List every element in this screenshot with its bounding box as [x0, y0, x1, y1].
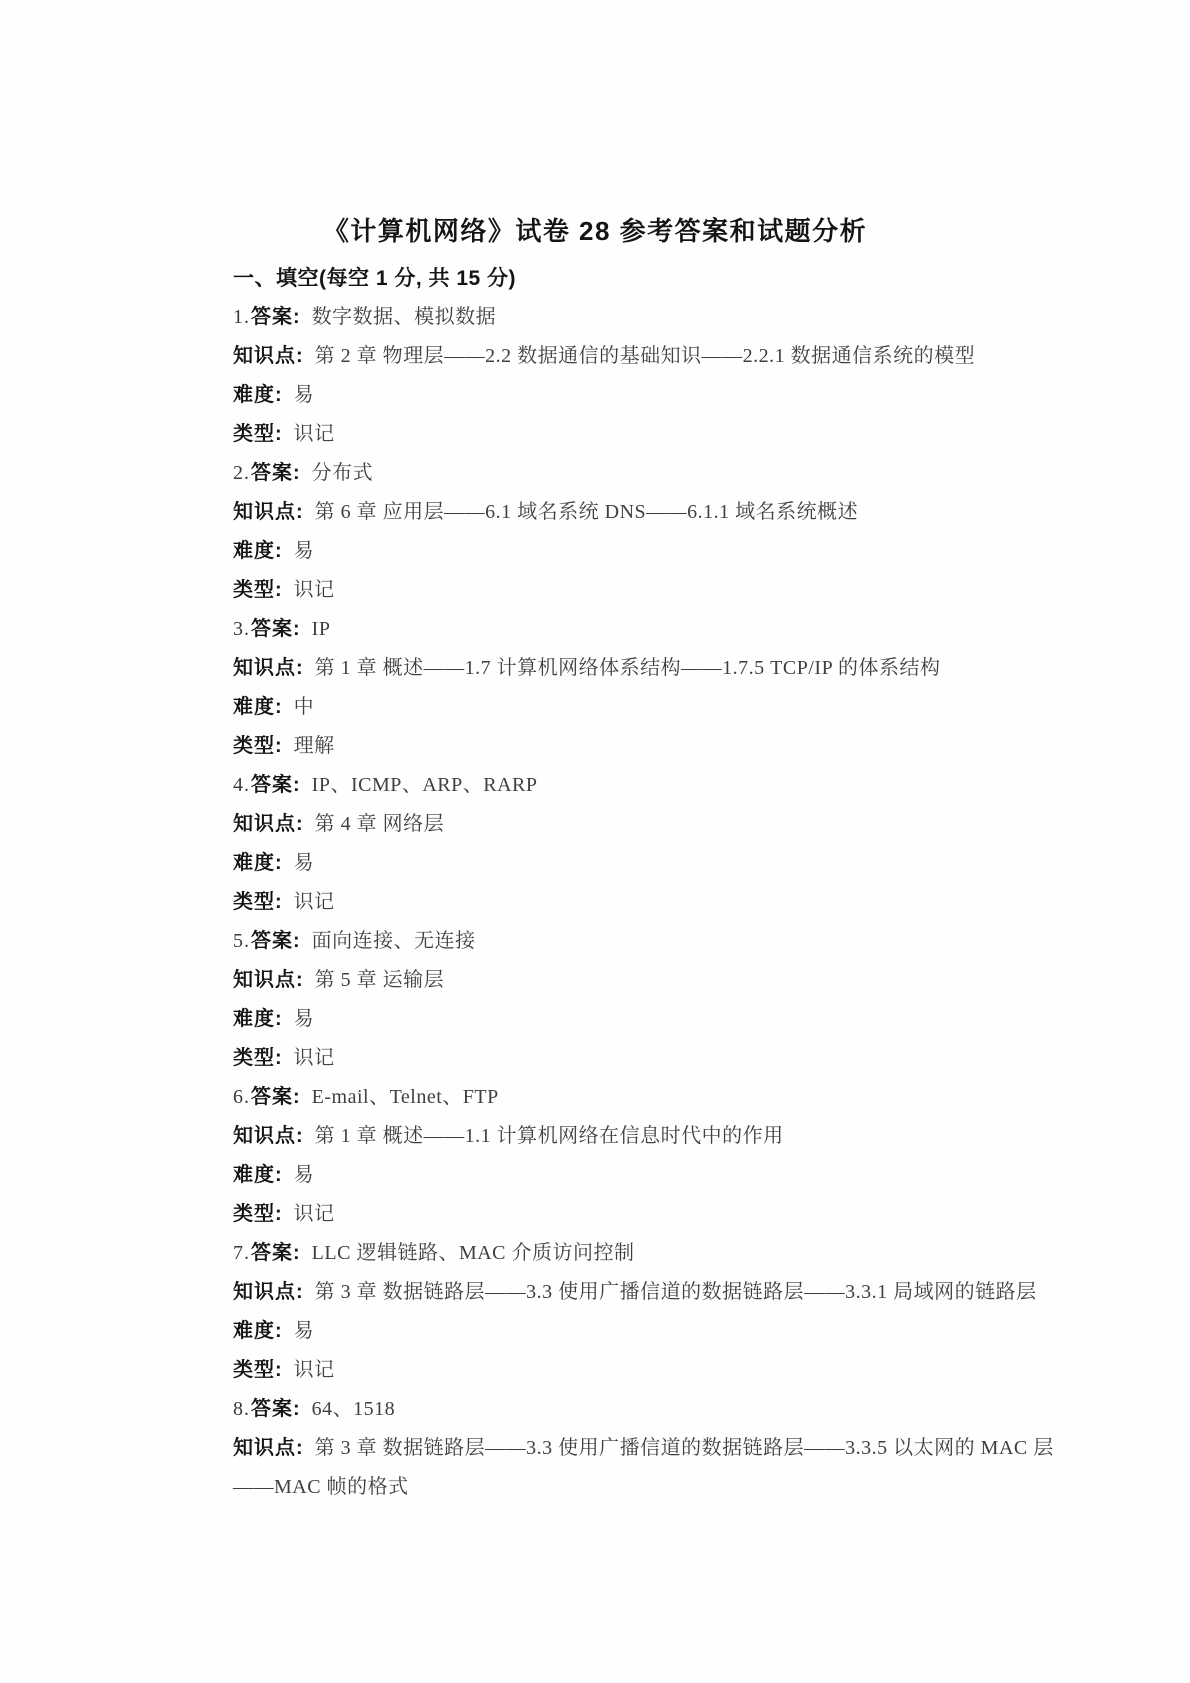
answer-label: 答案:	[251, 1398, 301, 1420]
knowledge-label: 知识点:	[233, 969, 304, 991]
type-line: 类型:识记	[233, 1039, 1160, 1078]
type-line: 类型:识记	[233, 1351, 1160, 1390]
difficulty-line: 难度:易	[233, 844, 1160, 883]
item-number: 8.	[233, 1398, 250, 1420]
item-number: 6.	[233, 1086, 250, 1108]
knowledge-value-continuation: ——MAC 帧的格式	[233, 1476, 409, 1498]
difficulty-label: 难度:	[233, 852, 283, 874]
difficulty-line: 难度:易	[233, 532, 1160, 571]
item-number: 5.	[233, 930, 250, 952]
difficulty-label: 难度:	[233, 1008, 283, 1030]
knowledge-line-continuation: ——MAC 帧的格式	[233, 1468, 1160, 1507]
knowledge-value: 第 6 章 应用层——6.1 域名系统 DNS——6.1.1 域名系统概述	[315, 501, 859, 523]
answer-line: 3.答案:IP	[233, 610, 1160, 649]
difficulty-line: 难度:易	[233, 1312, 1160, 1351]
knowledge-label: 知识点:	[233, 1125, 304, 1147]
difficulty-line: 难度:易	[233, 1000, 1160, 1039]
knowledge-value: 第 5 章 运输层	[315, 969, 445, 991]
item-number: 7.	[233, 1242, 250, 1264]
difficulty-label: 难度:	[233, 540, 283, 562]
answer-label: 答案:	[251, 1086, 301, 1108]
knowledge-value: 第 1 章 概述——1.1 计算机网络在信息时代中的作用	[315, 1125, 784, 1147]
type-value: 理解	[294, 735, 335, 757]
type-line: 类型:识记	[233, 571, 1160, 610]
knowledge-line: 知识点:第 5 章 运输层	[233, 961, 1160, 1000]
answer-value: 数字数据、模拟数据	[312, 306, 497, 328]
knowledge-value: 第 3 章 数据链路层——3.3 使用广播信道的数据链路层——3.3.5 以太网…	[315, 1437, 1054, 1459]
difficulty-value: 易	[294, 1164, 315, 1186]
type-value: 识记	[294, 579, 335, 601]
section-heading: 一、填空(每空 1 分, 共 15 分)	[233, 259, 1160, 298]
type-label: 类型:	[233, 735, 283, 757]
knowledge-line: 知识点:第 1 章 概述——1.7 计算机网络体系结构——1.7.5 TCP/I…	[233, 649, 1160, 688]
type-value: 识记	[294, 1359, 335, 1381]
answer-line: 5.答案:面向连接、无连接	[233, 922, 1160, 961]
answer-line: 2.答案:分布式	[233, 454, 1160, 493]
knowledge-line: 知识点:第 3 章 数据链路层——3.3 使用广播信道的数据链路层——3.3.5…	[233, 1429, 1160, 1468]
difficulty-value: 中	[294, 696, 315, 718]
knowledge-value: 第 1 章 概述——1.7 计算机网络体系结构——1.7.5 TCP/IP 的体…	[315, 657, 941, 679]
answer-label: 答案:	[251, 1242, 301, 1264]
fill-in-section: 一、填空(每空 1 分, 共 15 分) 1.答案:数字数据、模拟数据 知识点:…	[233, 259, 1160, 1507]
answer-line: 6.答案:E-mail、Telnet、FTP	[233, 1078, 1160, 1117]
item-number: 1.	[233, 306, 250, 328]
answer-line: 8.答案:64、1518	[233, 1390, 1160, 1429]
knowledge-line: 知识点:第 6 章 应用层——6.1 域名系统 DNS——6.1.1 域名系统概…	[233, 493, 1160, 532]
knowledge-label: 知识点:	[233, 345, 304, 367]
knowledge-label: 知识点:	[233, 1281, 304, 1303]
difficulty-value: 易	[294, 1320, 315, 1342]
answer-label: 答案:	[251, 774, 301, 796]
answer-label: 答案:	[251, 462, 301, 484]
type-value: 识记	[294, 891, 335, 913]
answer-value: 分布式	[312, 462, 374, 484]
knowledge-label: 知识点:	[233, 1437, 304, 1459]
type-value: 识记	[294, 423, 335, 445]
answer-label: 答案:	[251, 618, 301, 640]
knowledge-line: 知识点:第 4 章 网络层	[233, 805, 1160, 844]
answer-value: E-mail、Telnet、FTP	[312, 1086, 499, 1108]
type-label: 类型:	[233, 891, 283, 913]
answer-label: 答案:	[251, 306, 301, 328]
answer-value: IP、ICMP、ARP、RARP	[312, 774, 538, 796]
page-title: 《计算机网络》试卷 28 参考答案和试题分析	[0, 211, 1190, 248]
answer-value: 64、1518	[312, 1398, 396, 1420]
answer-line: 1.答案:数字数据、模拟数据	[233, 298, 1160, 337]
type-line: 类型:理解	[233, 727, 1160, 766]
knowledge-value: 第 4 章 网络层	[315, 813, 445, 835]
answer-line: 4.答案:IP、ICMP、ARP、RARP	[233, 766, 1160, 805]
type-label: 类型:	[233, 1047, 283, 1069]
knowledge-line: 知识点:第 2 章 物理层——2.2 数据通信的基础知识——2.2.1 数据通信…	[233, 337, 1160, 376]
knowledge-label: 知识点:	[233, 813, 304, 835]
knowledge-label: 知识点:	[233, 657, 304, 679]
difficulty-line: 难度:易	[233, 1156, 1160, 1195]
type-label: 类型:	[233, 1203, 283, 1225]
difficulty-label: 难度:	[233, 1164, 283, 1186]
difficulty-value: 易	[294, 1008, 315, 1030]
difficulty-value: 易	[294, 540, 315, 562]
answer-line: 7.答案:LLC 逻辑链路、MAC 介质访问控制	[233, 1234, 1160, 1273]
knowledge-label: 知识点:	[233, 501, 304, 523]
difficulty-line: 难度:中	[233, 688, 1160, 727]
difficulty-label: 难度:	[233, 696, 283, 718]
type-label: 类型:	[233, 423, 283, 445]
answer-value: LLC 逻辑链路、MAC 介质访问控制	[312, 1242, 635, 1264]
knowledge-line: 知识点:第 3 章 数据链路层——3.3 使用广播信道的数据链路层——3.3.1…	[233, 1273, 1160, 1312]
type-line: 类型:识记	[233, 1195, 1160, 1234]
knowledge-value: 第 3 章 数据链路层——3.3 使用广播信道的数据链路层——3.3.1 局域网…	[315, 1281, 1037, 1303]
type-value: 识记	[294, 1047, 335, 1069]
item-number: 4.	[233, 774, 250, 796]
difficulty-value: 易	[294, 384, 315, 406]
answer-value: IP	[312, 618, 331, 640]
difficulty-label: 难度:	[233, 384, 283, 406]
type-line: 类型:识记	[233, 415, 1160, 454]
document-page: 《计算机网络》试卷 28 参考答案和试题分析 一、填空(每空 1 分, 共 15…	[0, 0, 1190, 1683]
answer-label: 答案:	[251, 930, 301, 952]
difficulty-value: 易	[294, 852, 315, 874]
item-number: 2.	[233, 462, 250, 484]
type-label: 类型:	[233, 1359, 283, 1381]
knowledge-line: 知识点:第 1 章 概述——1.1 计算机网络在信息时代中的作用	[233, 1117, 1160, 1156]
type-line: 类型:识记	[233, 883, 1160, 922]
item-number: 3.	[233, 618, 250, 640]
answer-value: 面向连接、无连接	[312, 930, 476, 952]
difficulty-label: 难度:	[233, 1320, 283, 1342]
type-label: 类型:	[233, 579, 283, 601]
knowledge-value: 第 2 章 物理层——2.2 数据通信的基础知识——2.2.1 数据通信系统的模…	[315, 345, 976, 367]
difficulty-line: 难度:易	[233, 376, 1160, 415]
type-value: 识记	[294, 1203, 335, 1225]
